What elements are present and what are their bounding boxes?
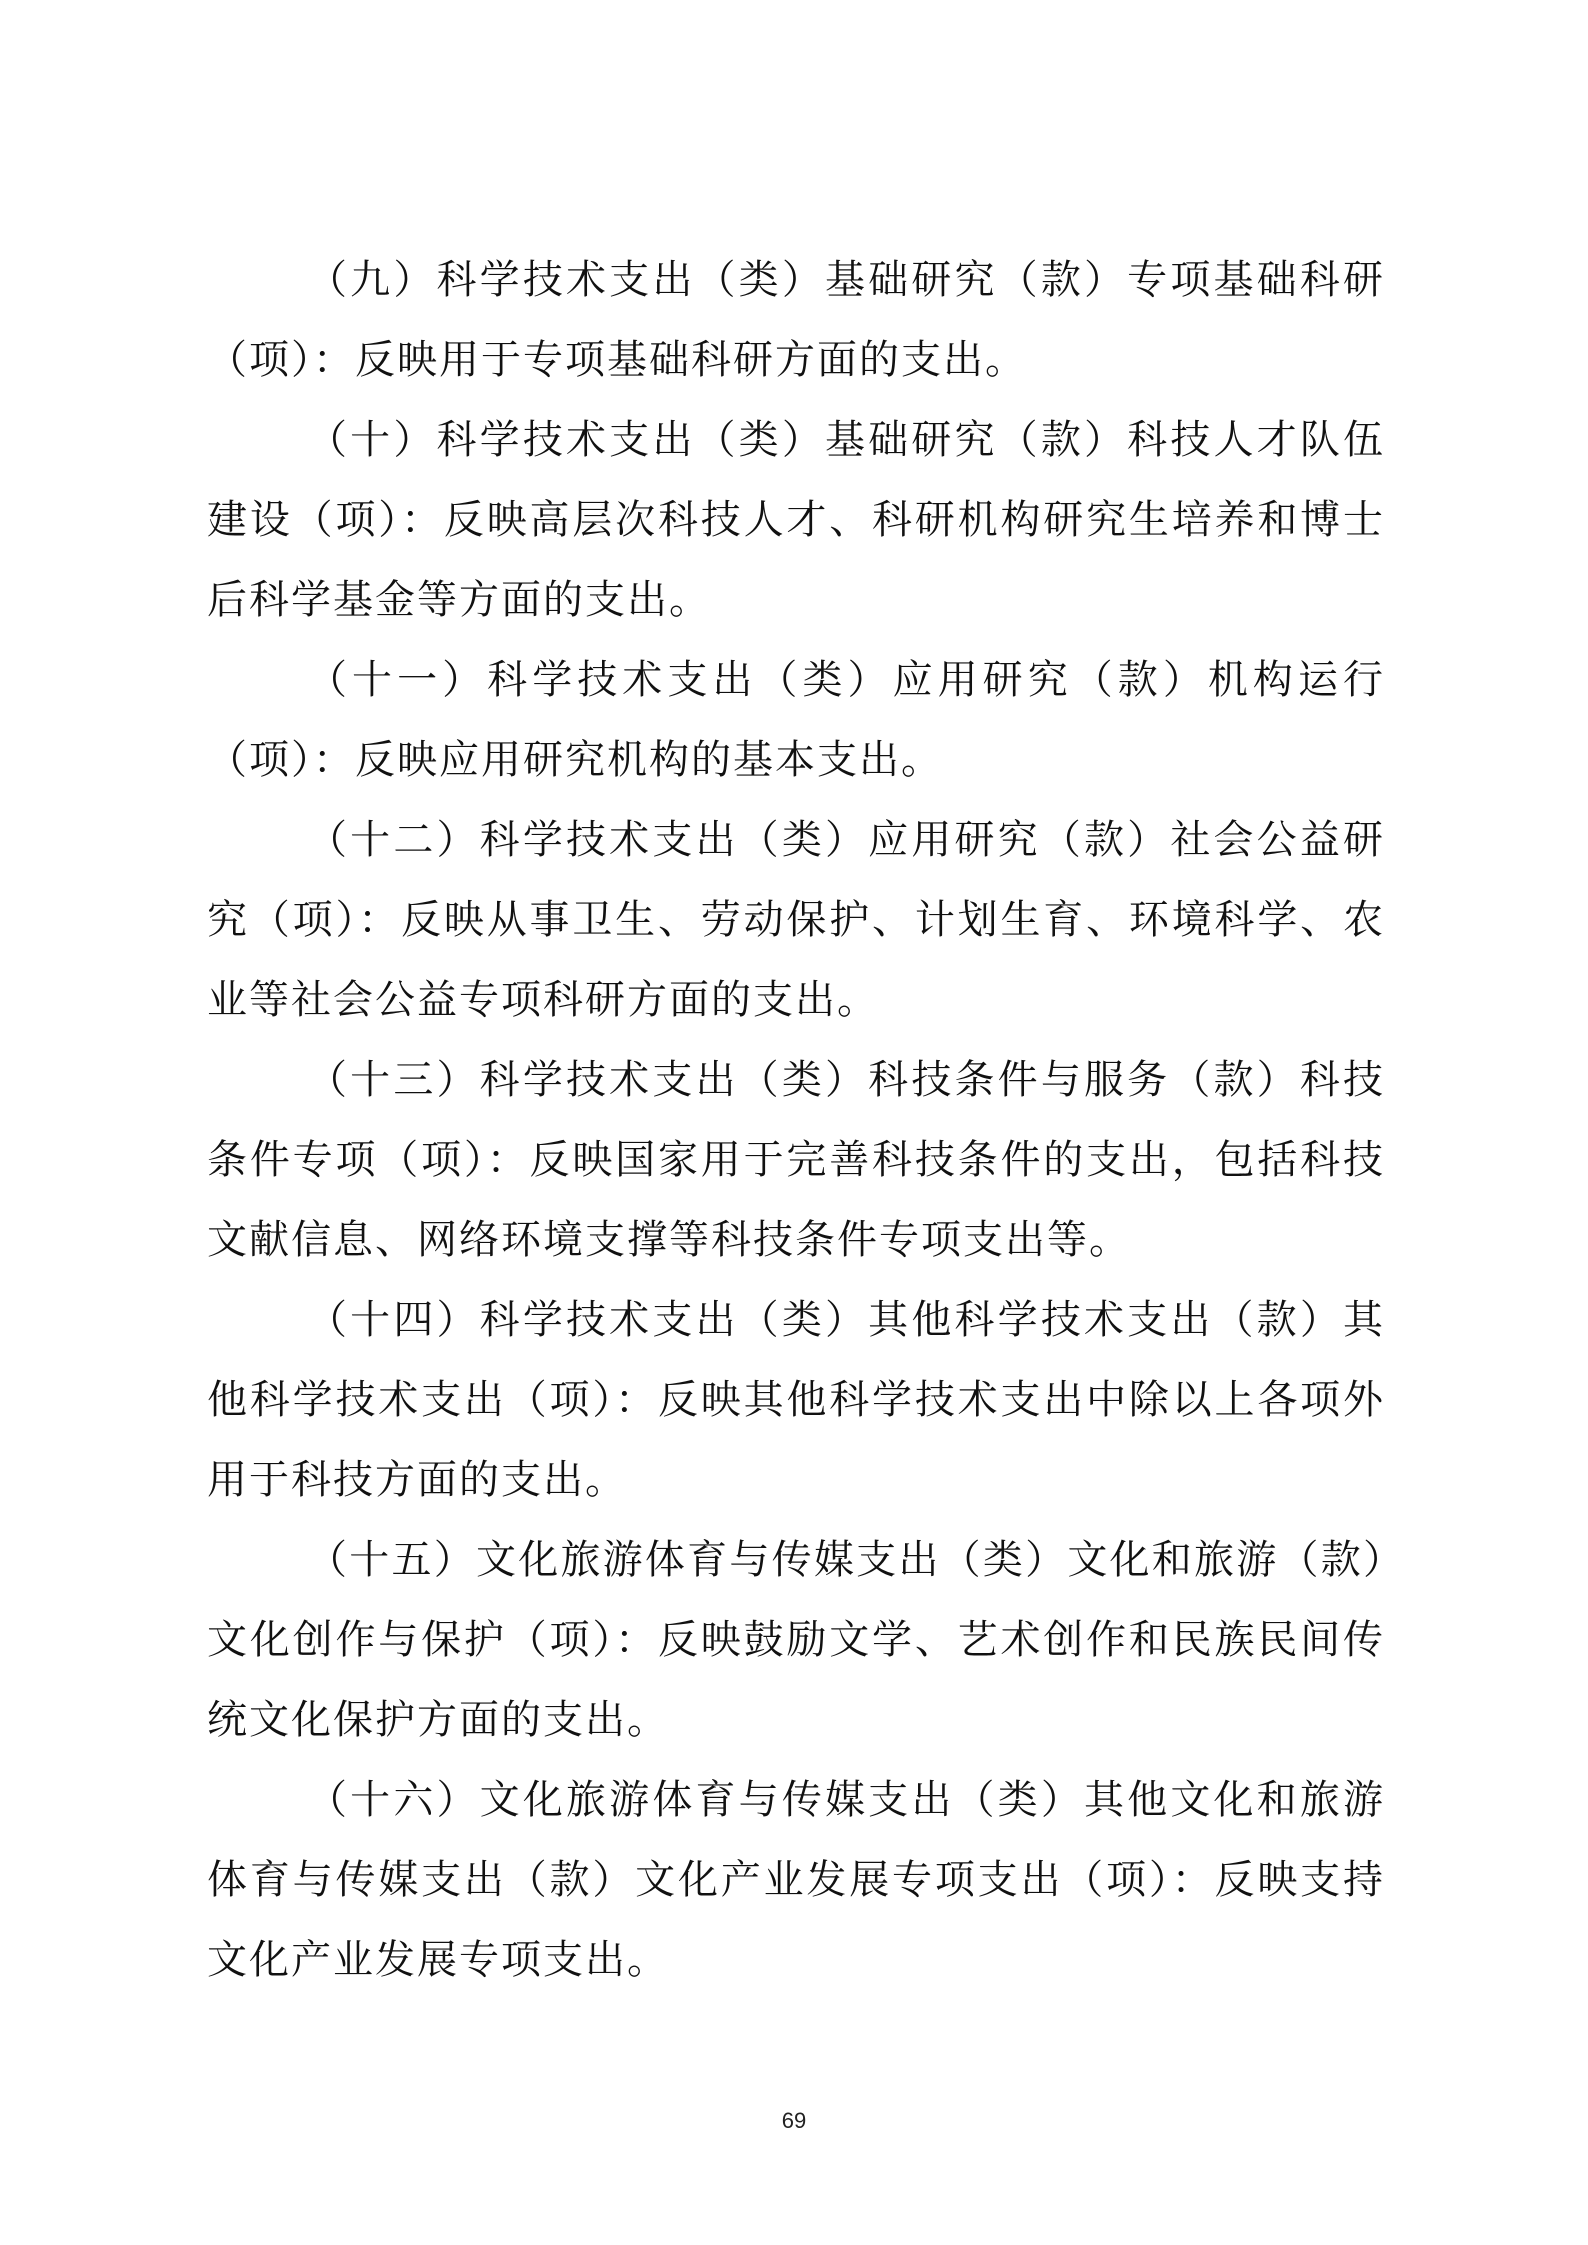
paragraph-11: （十一）科学技术支出（类）应用研究（款）机构运行（项）：反映应用研究机构的基本支… [207,640,1385,800]
paragraph-9: （九）科学技术支出（类）基础研究（款）专项基础科研（项）：反映用于专项基础科研方… [207,240,1385,400]
page-number: 69 [0,2108,1588,2134]
paragraph-12: （十二）科学技术支出（类）应用研究（款）社会公益研究（项）：反映从事卫生、劳动保… [207,800,1385,1040]
paragraph-16: （十六）文化旅游体育与传媒支出（类）其他文化和旅游体育与传媒支出（款）文化产业发… [207,1760,1385,2000]
paragraph-14: （十四）科学技术支出（类）其他科学技术支出（款）其他科学技术支出（项）：反映其他… [207,1280,1385,1520]
paragraph-10: （十）科学技术支出（类）基础研究（款）科技人才队伍建设（项）：反映高层次科技人才… [207,400,1385,640]
body-text: （九）科学技术支出（类）基础研究（款）专项基础科研（项）：反映用于专项基础科研方… [207,240,1385,2000]
document-page: （九）科学技术支出（类）基础研究（款）专项基础科研（项）：反映用于专项基础科研方… [0,0,1588,2245]
paragraph-15: （十五）文化旅游体育与传媒支出（类）文化和旅游（款）文化创作与保护（项）：反映鼓… [207,1520,1385,1760]
paragraph-13: （十三）科学技术支出（类）科技条件与服务（款）科技条件专项（项）：反映国家用于完… [207,1040,1385,1280]
